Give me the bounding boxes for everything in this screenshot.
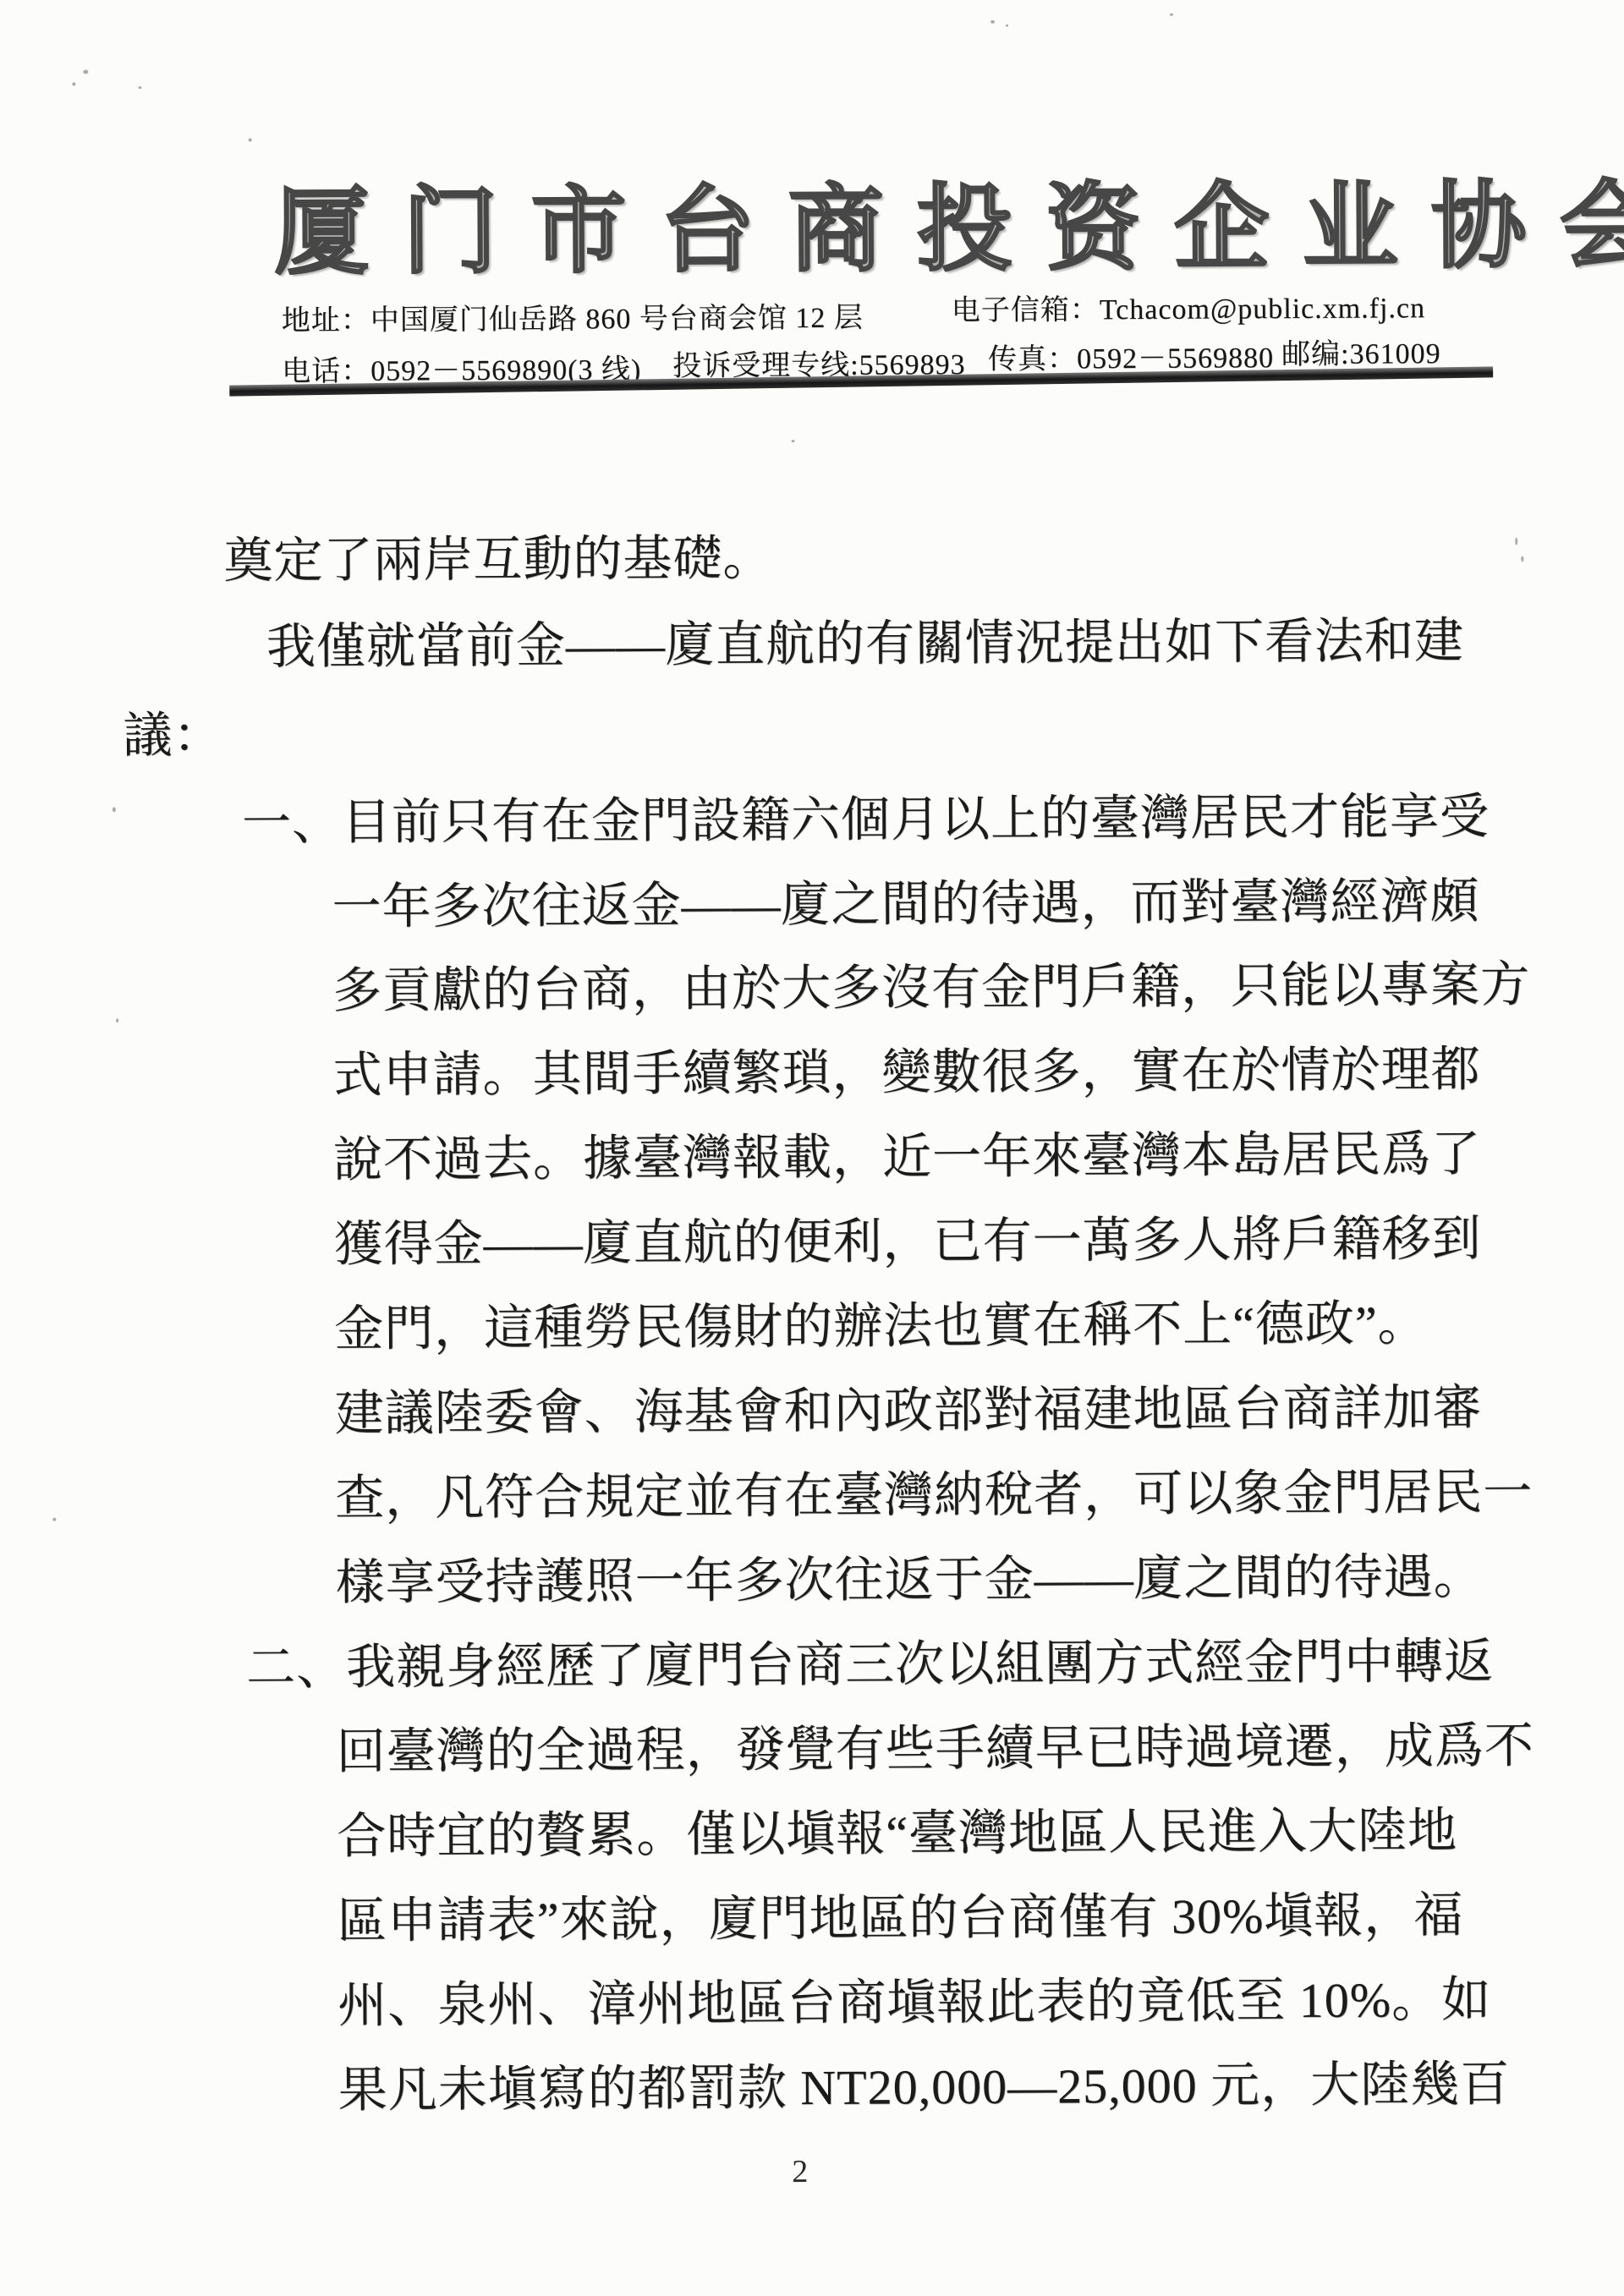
list-item1-line6: 獲得金——廈直航的便利，已有一萬多人將戶籍移到 (333, 1198, 1481, 1275)
document-sheet: 厦门市台商投资企业协会 地址：中国厦门仙岳路 860 号台商会馆 12 层 电子… (0, 0, 1624, 2296)
scan-speck (1521, 556, 1523, 562)
list-item1-line2: 一年多次往返金——廈之間的待遇，而對臺灣經濟頗 (332, 861, 1479, 938)
list-item2-line4: 區申請表”來說，廈門地區的台商僅有 30%塡報，福 (337, 1875, 1464, 1952)
list-item2-line3: 合時宜的贅累。僅以塡報“臺灣地區人民進入大陸地 (337, 1790, 1457, 1867)
scan-speck (792, 440, 795, 442)
scan-speck (138, 86, 141, 89)
letterhead-postal-code: 邮编:361009 (1281, 330, 1441, 372)
scan-speck (990, 20, 995, 24)
scan-speck (1006, 25, 1008, 27)
scanned-document-page: 厦门市台商投资企业协会 地址：中国厦门仙岳路 860 号台商会馆 12 层 电子… (0, 0, 1624, 2296)
list-item2-line5: 州、泉州、漳州地區台商塡報此表的竟低至 10%。如 (337, 1959, 1491, 2036)
list-item2-line6: 果凡未塡寫的都罰款 NT20,000—25,000 元，大陸幾百 (338, 2044, 1511, 2121)
list-item1-line9: 查，凡符合規定並有在臺灣納稅者，可以象金門居民一 (335, 1452, 1533, 1529)
list-item1-line5: 說不過去。據臺灣報載，近一年來臺灣本島居民爲了 (333, 1114, 1481, 1191)
body-paragraph2-line1: 我僅就當前金——廈直航的有關情況提出如下看法和建 (266, 600, 1464, 677)
list-item1-line4: 式申請。其間手續繁瑣，變數很多，實在於情於理都 (332, 1029, 1480, 1106)
scan-speck (83, 69, 88, 74)
scan-speck (1170, 14, 1173, 16)
letterhead-org-title: 厦门市台商投资企业协会 (274, 150, 1624, 293)
letterhead-address: 地址：中国厦门仙岳路 860 号台商会馆 12 层 (282, 294, 864, 339)
scan-speck (1515, 538, 1517, 545)
scan-speck (72, 83, 75, 86)
list-item1-line3: 多貢獻的台商，由於大多沒有金門戶籍，只能以專案方 (332, 945, 1530, 1022)
body-line-carryover: 奠定了兩岸互動的基礎。 (223, 518, 772, 591)
list-item2-line2: 回臺灣的全過程，發覺有些手續早已時過境遷，成爲不 (336, 1706, 1533, 1783)
body-paragraph2-line2-hanging: 議： (123, 695, 222, 767)
scan-speck (52, 1518, 56, 1521)
list-item1-line10: 樣享受持護照一年多次往返于金——廈之間的待遇。 (335, 1537, 1483, 1614)
scan-speck (249, 138, 252, 141)
list-item1-line7: 金門，這種勞民傷財的辦法也實在稱不上“德政”。 (334, 1283, 1428, 1360)
letterhead-email: 电子信箱：Tchacom@public.xm.fj.cn (952, 284, 1425, 328)
list-item2-line1: 二、我親身經歷了廈門台商三次以組團方式經金門中轉返 (246, 1621, 1494, 1699)
scan-speck (112, 807, 116, 812)
list-item1-line1: 一、目前只有在金門設籍六個月以上的臺灣居民才能享受 (242, 776, 1490, 854)
scan-speck (116, 1018, 118, 1022)
list-item1-line8: 建議陸委會、海基會和內政部對福建地區台商詳加審 (334, 1367, 1482, 1444)
page-number: 2 (792, 2153, 808, 2190)
